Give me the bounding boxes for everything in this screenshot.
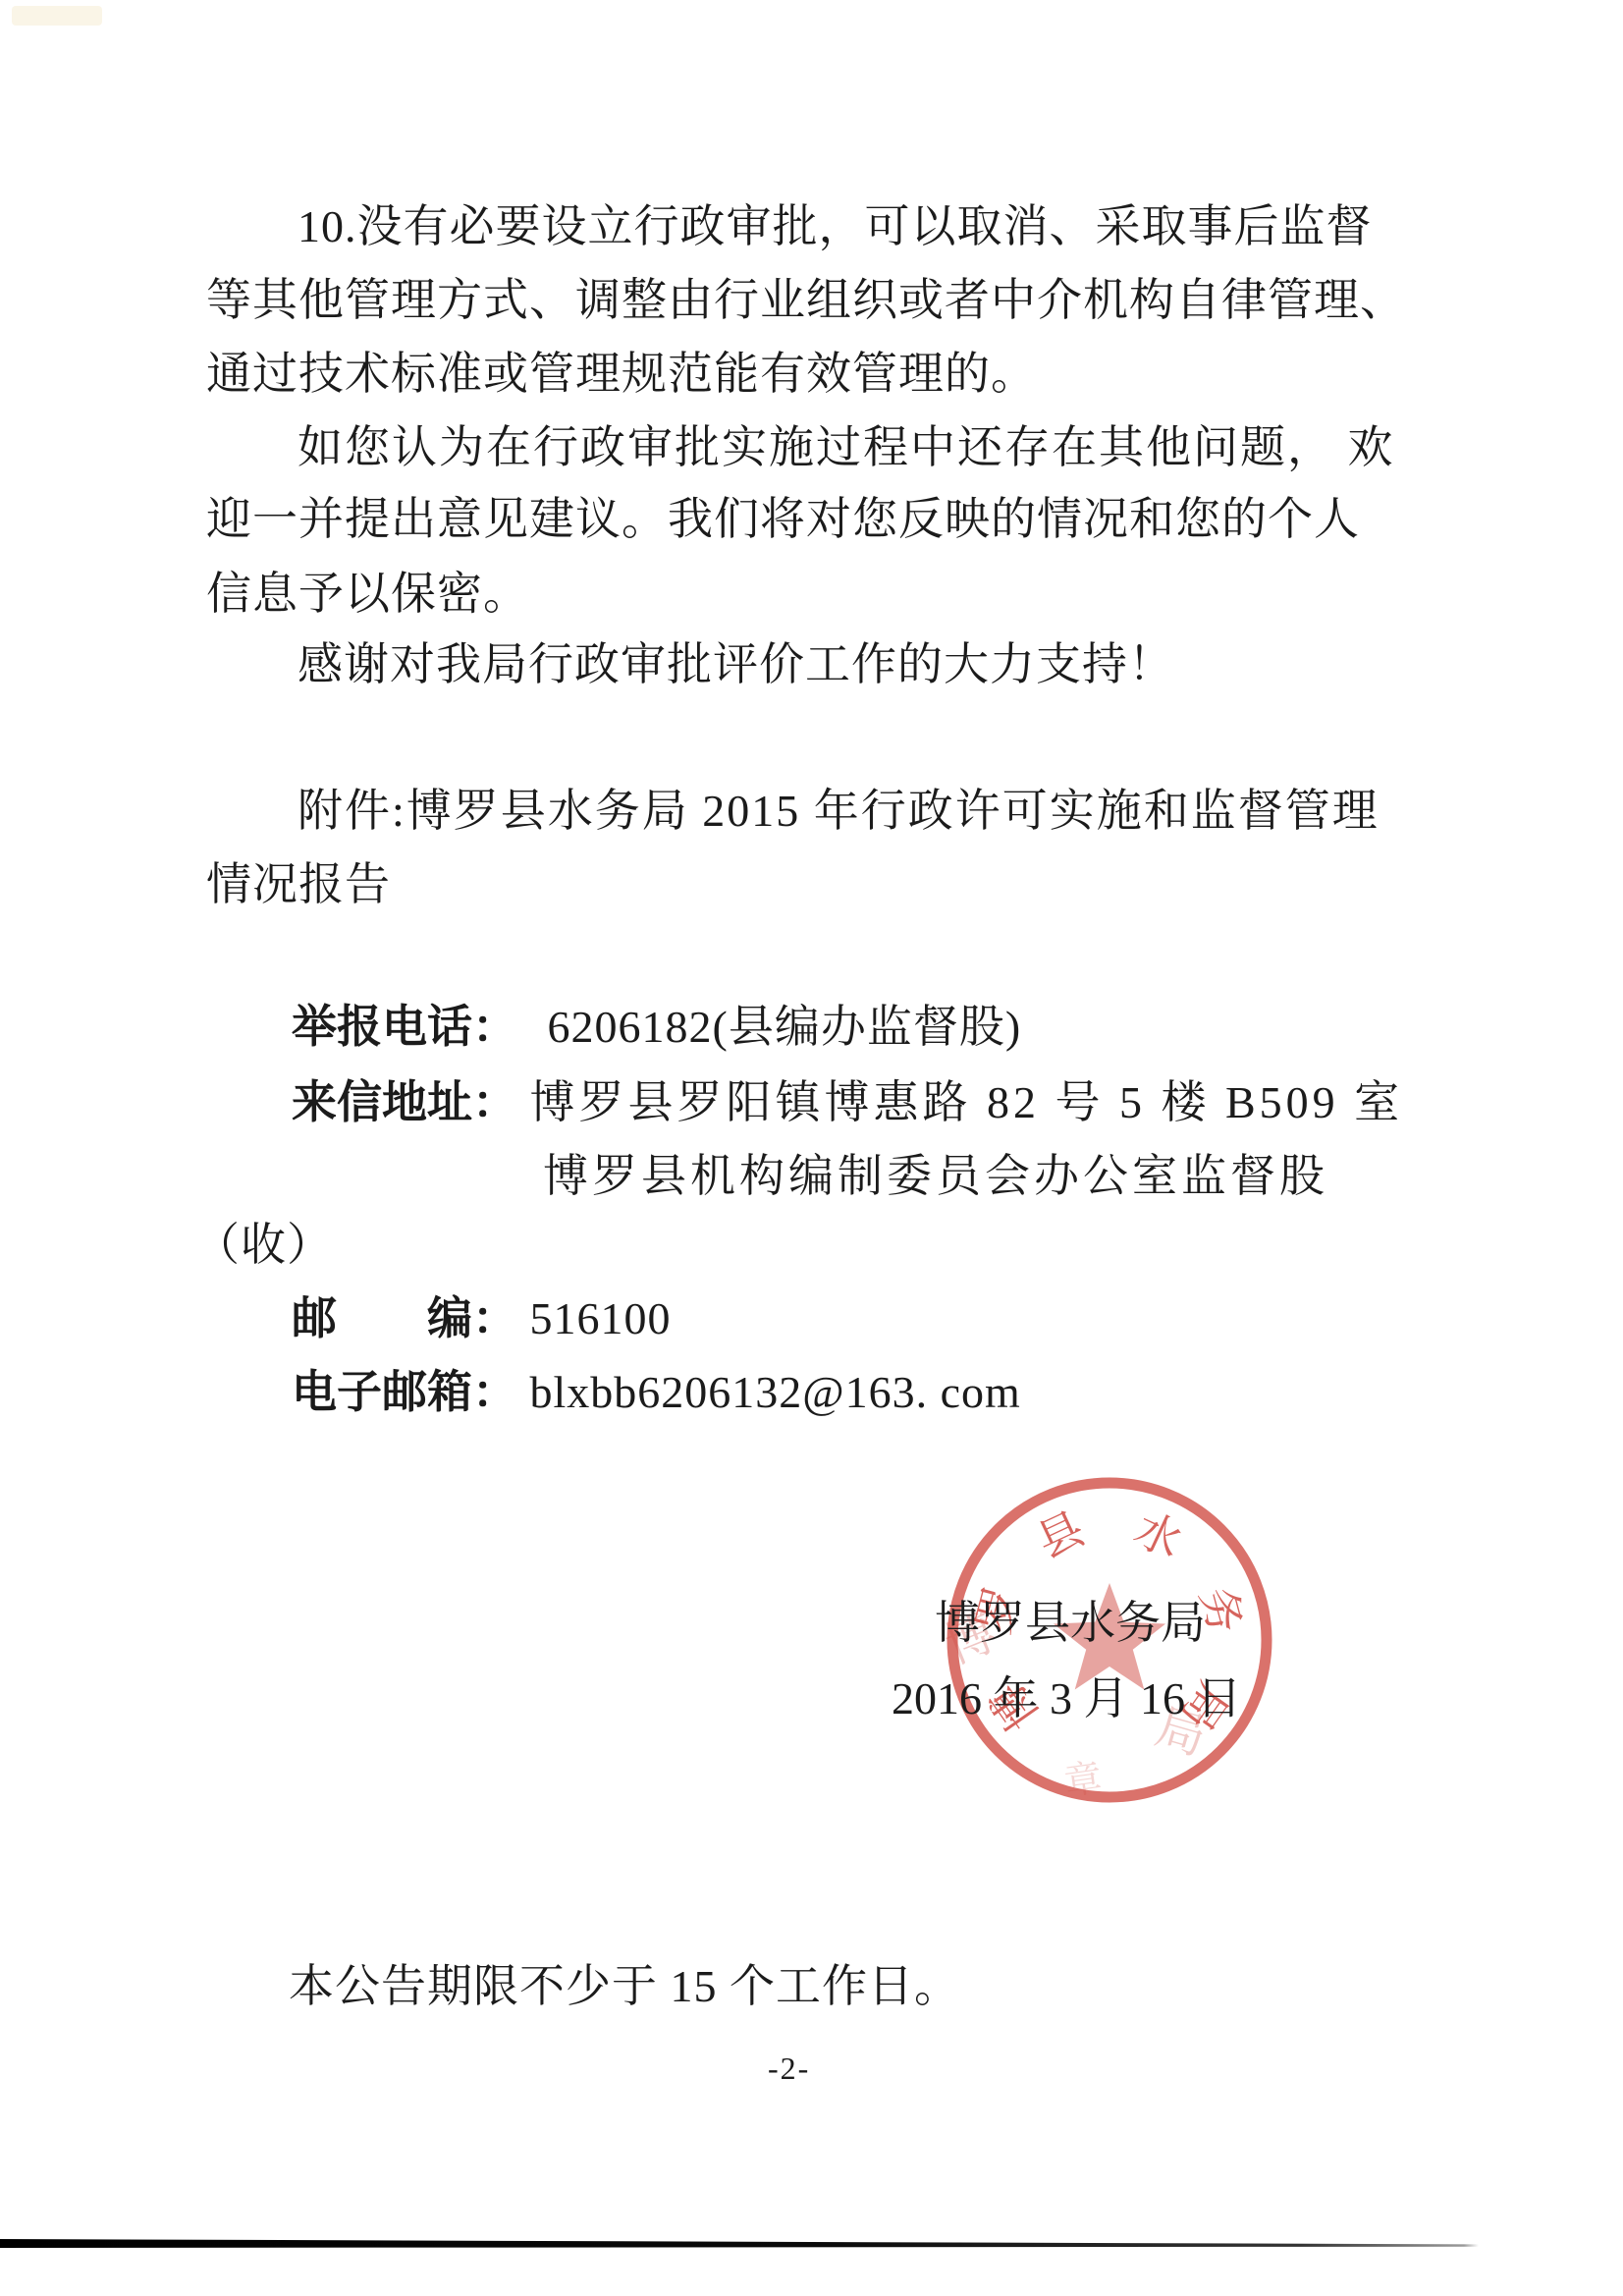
- paragraph-line: 等其他管理方式、调整由行业组织或者中介机构自律管理、: [206, 263, 1406, 337]
- phone-row: 举报电话： 6206182(县编办监督股): [292, 990, 1021, 1064]
- address-label: 来信地址：: [292, 1076, 517, 1127]
- address-recipient: （收）: [194, 1208, 333, 1282]
- postcode-label: 邮 编：: [292, 1292, 517, 1343]
- seal-char: 县: [1030, 1503, 1092, 1568]
- attachment-line: 附件:博罗县水务局 2015 年行政许可实施和监督管理: [298, 774, 1380, 847]
- scan-artifact: [12, 6, 102, 26]
- page-number: -2-: [768, 2050, 810, 2086]
- signature-date: 2016 年 3 月 16 日: [892, 1662, 1242, 1735]
- phone-label: 举报电话：: [292, 1001, 517, 1052]
- email-value: blxbb6206132@163. com: [530, 1367, 1021, 1417]
- thanks-line: 感谢对我局行政审批评价工作的大力支持！: [298, 628, 1174, 701]
- address-value: 博罗县罗阳镇博惠路 82 号 5 楼 B509 室: [530, 1077, 1404, 1127]
- address-value-line2: 博罗县机构编制委员会办公室监督股: [543, 1139, 1328, 1213]
- postcode-value: 516100: [530, 1293, 672, 1343]
- document-page: 10.没有必要设立行政审批，可以取消、采取事后监督 等其他管理方式、调整由行业组…: [0, 0, 1623, 2296]
- seal-char: 水: [1127, 1503, 1189, 1568]
- email-row: 电子邮箱： blxbb6206132@163. com: [292, 1355, 1021, 1429]
- paragraph-line: 迎一并提出意见建议。我们将对您反映的情况和您的个人: [206, 482, 1360, 556]
- paragraph-line: 通过技术标准或管理规范能有效管理的。: [206, 337, 1037, 410]
- seal-ghost-char: 章: [1062, 1758, 1105, 1804]
- paragraph-line: 如您认为在行政审批实施过程中还存在其他问题， 欢: [298, 410, 1395, 484]
- address-row: 来信地址： 博罗县罗阳镇博惠路 82 号 5 楼 B509 室: [292, 1066, 1403, 1139]
- postcode-row: 邮 编： 516100: [292, 1282, 672, 1355]
- paragraph-line: 10.没有必要设立行政审批，可以取消、采取事后监督: [298, 190, 1373, 263]
- attachment-line: 情况报告: [206, 847, 391, 921]
- notice-line: 本公告期限不少于 15 个工作日。: [289, 1949, 960, 2023]
- signature-org: 博罗县水务局: [935, 1586, 1206, 1660]
- scan-edge-line: [0, 2239, 1479, 2248]
- paragraph-line: 信息予以保密。: [206, 557, 529, 630]
- email-label: 电子邮箱：: [292, 1366, 517, 1417]
- phone-value: 6206182(县编办监督股): [548, 1002, 1022, 1052]
